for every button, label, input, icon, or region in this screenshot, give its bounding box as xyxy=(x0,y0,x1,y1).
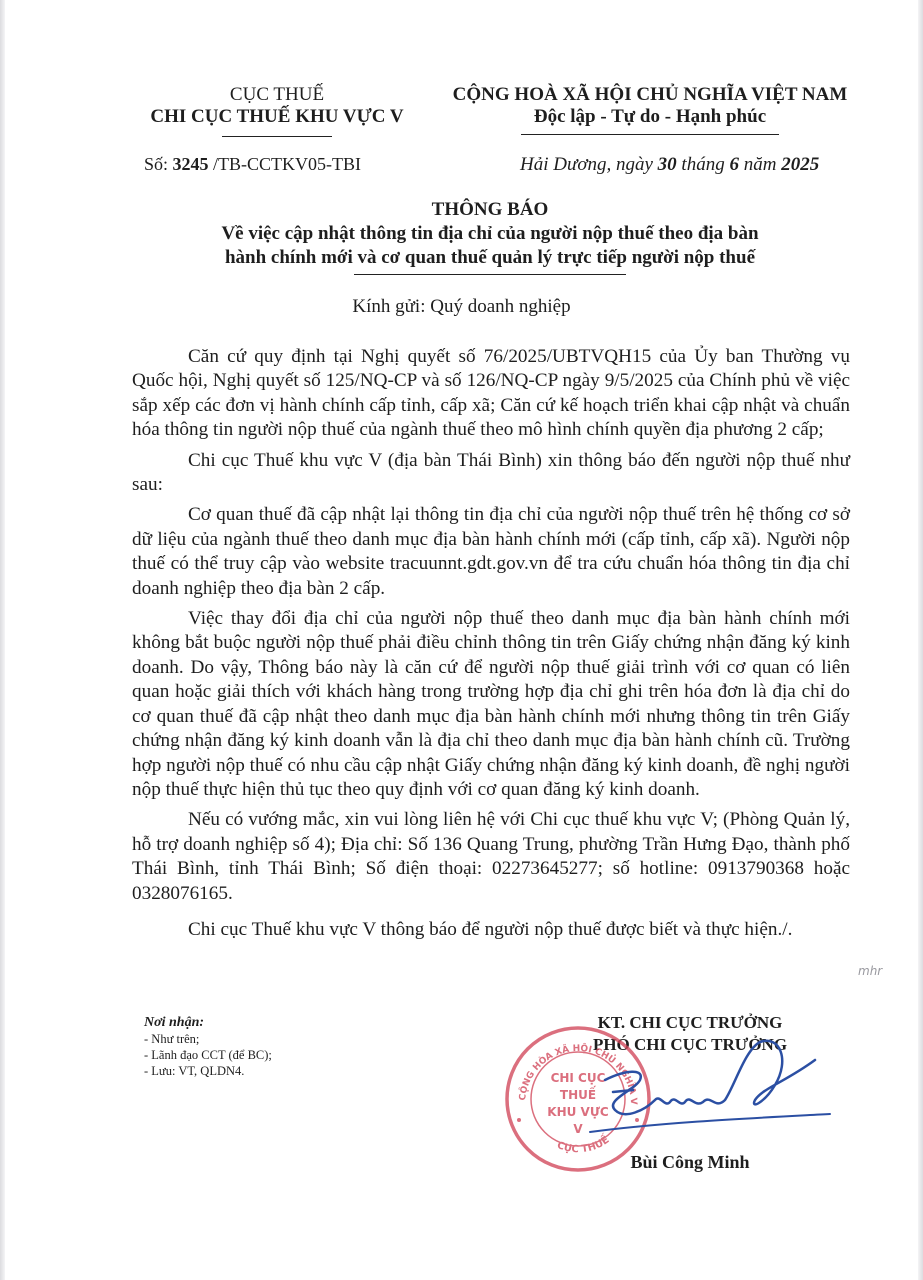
issuing-agency-header: CỤC THUẾ CHI CỤC THUẾ KHU VỰC V xyxy=(112,84,442,137)
recipient-item: - Lưu: VT, QLDN4. xyxy=(144,1063,272,1079)
title-underline xyxy=(354,274,626,275)
document-date: Hải Dương, ngày 30 tháng 6 năm 2025 xyxy=(520,154,819,176)
handwritten-initials: mhr xyxy=(858,964,882,978)
date-day: 30 xyxy=(658,154,677,175)
recipients-title: Nơi nhận: xyxy=(144,1015,272,1031)
recipients-list: Nơi nhận: - Như trên; - Lãnh đạo CCT (để… xyxy=(144,1015,272,1079)
recipient-item: - Như trên; xyxy=(144,1031,272,1047)
agency-parent: CỤC THUẾ xyxy=(112,84,442,106)
date-month: 6 xyxy=(729,154,739,175)
nation-name: CỘNG HOÀ XÃ HỘI CHỦ NGHĨA VIỆT NAM xyxy=(430,84,870,106)
date-place: Hải Dương, ngày xyxy=(520,154,653,175)
national-motto: Độc lập - Tự do - Hạnh phúc xyxy=(430,106,870,128)
salutation: Kính gửi: Quý doanh nghiệp xyxy=(0,296,923,318)
date-month-label: tháng xyxy=(681,154,724,175)
seal-center-line-4: V xyxy=(573,1122,583,1136)
national-header: CỘNG HOÀ XÃ HỘI CHỦ NGHĨA VIỆT NAM Độc l… xyxy=(430,84,870,135)
document-body: Căn cứ quy định tại Nghị quyết số 76/202… xyxy=(132,345,850,948)
date-year: 2025 xyxy=(781,154,819,175)
body-paragraph-contact: Nếu có vướng mắc, xin vui lòng liên hệ v… xyxy=(132,808,850,906)
date-year-label: năm xyxy=(744,154,777,175)
document-page: CỤC THUẾ CHI CỤC THUẾ KHU VỰC V CỘNG HOÀ… xyxy=(0,0,923,1280)
document-subtitle-line-2: hành chính mới và cơ quan thuế quản lý t… xyxy=(160,246,820,270)
document-title-block: THÔNG BÁO Về việc cập nhật thông tin địa… xyxy=(160,198,820,275)
document-number: Số: 3245 /TB-CCTKV05-TBI xyxy=(144,154,361,175)
page-edge-right xyxy=(918,0,923,1280)
recipient-item: - Lãnh đạo CCT (để BC); xyxy=(144,1047,272,1063)
body-paragraph-intro: Chi cục Thuế khu vực V (địa bàn Thái Bìn… xyxy=(132,449,850,498)
body-closing: Chi cục Thuế khu vực V thông báo để ngườ… xyxy=(132,918,850,942)
motto-underline xyxy=(521,134,779,135)
handwritten-signature-icon xyxy=(585,1030,845,1160)
agency-name: CHI CỤC THUẾ KHU VỰC V xyxy=(112,106,442,128)
page-edge-left xyxy=(0,0,5,1280)
body-paragraph-legal-basis: Căn cứ quy định tại Nghị quyết số 76/202… xyxy=(132,345,850,443)
agency-underline xyxy=(222,136,332,137)
body-paragraph-explanation: Việc thay đổi địa chỉ của người nộp thuế… xyxy=(132,607,850,802)
doc-number-suffix: /TB-CCTKV05-TBI xyxy=(213,154,361,174)
document-title: THÔNG BÁO xyxy=(160,198,820,222)
body-paragraph-update: Cơ quan thuế đã cập nhật lại thông tin đ… xyxy=(132,503,850,601)
doc-number-value: 3245 xyxy=(173,154,209,174)
document-subtitle-line-1: Về việc cập nhật thông tin địa chỉ của n… xyxy=(160,222,820,246)
doc-number-prefix: Số: xyxy=(144,154,168,174)
